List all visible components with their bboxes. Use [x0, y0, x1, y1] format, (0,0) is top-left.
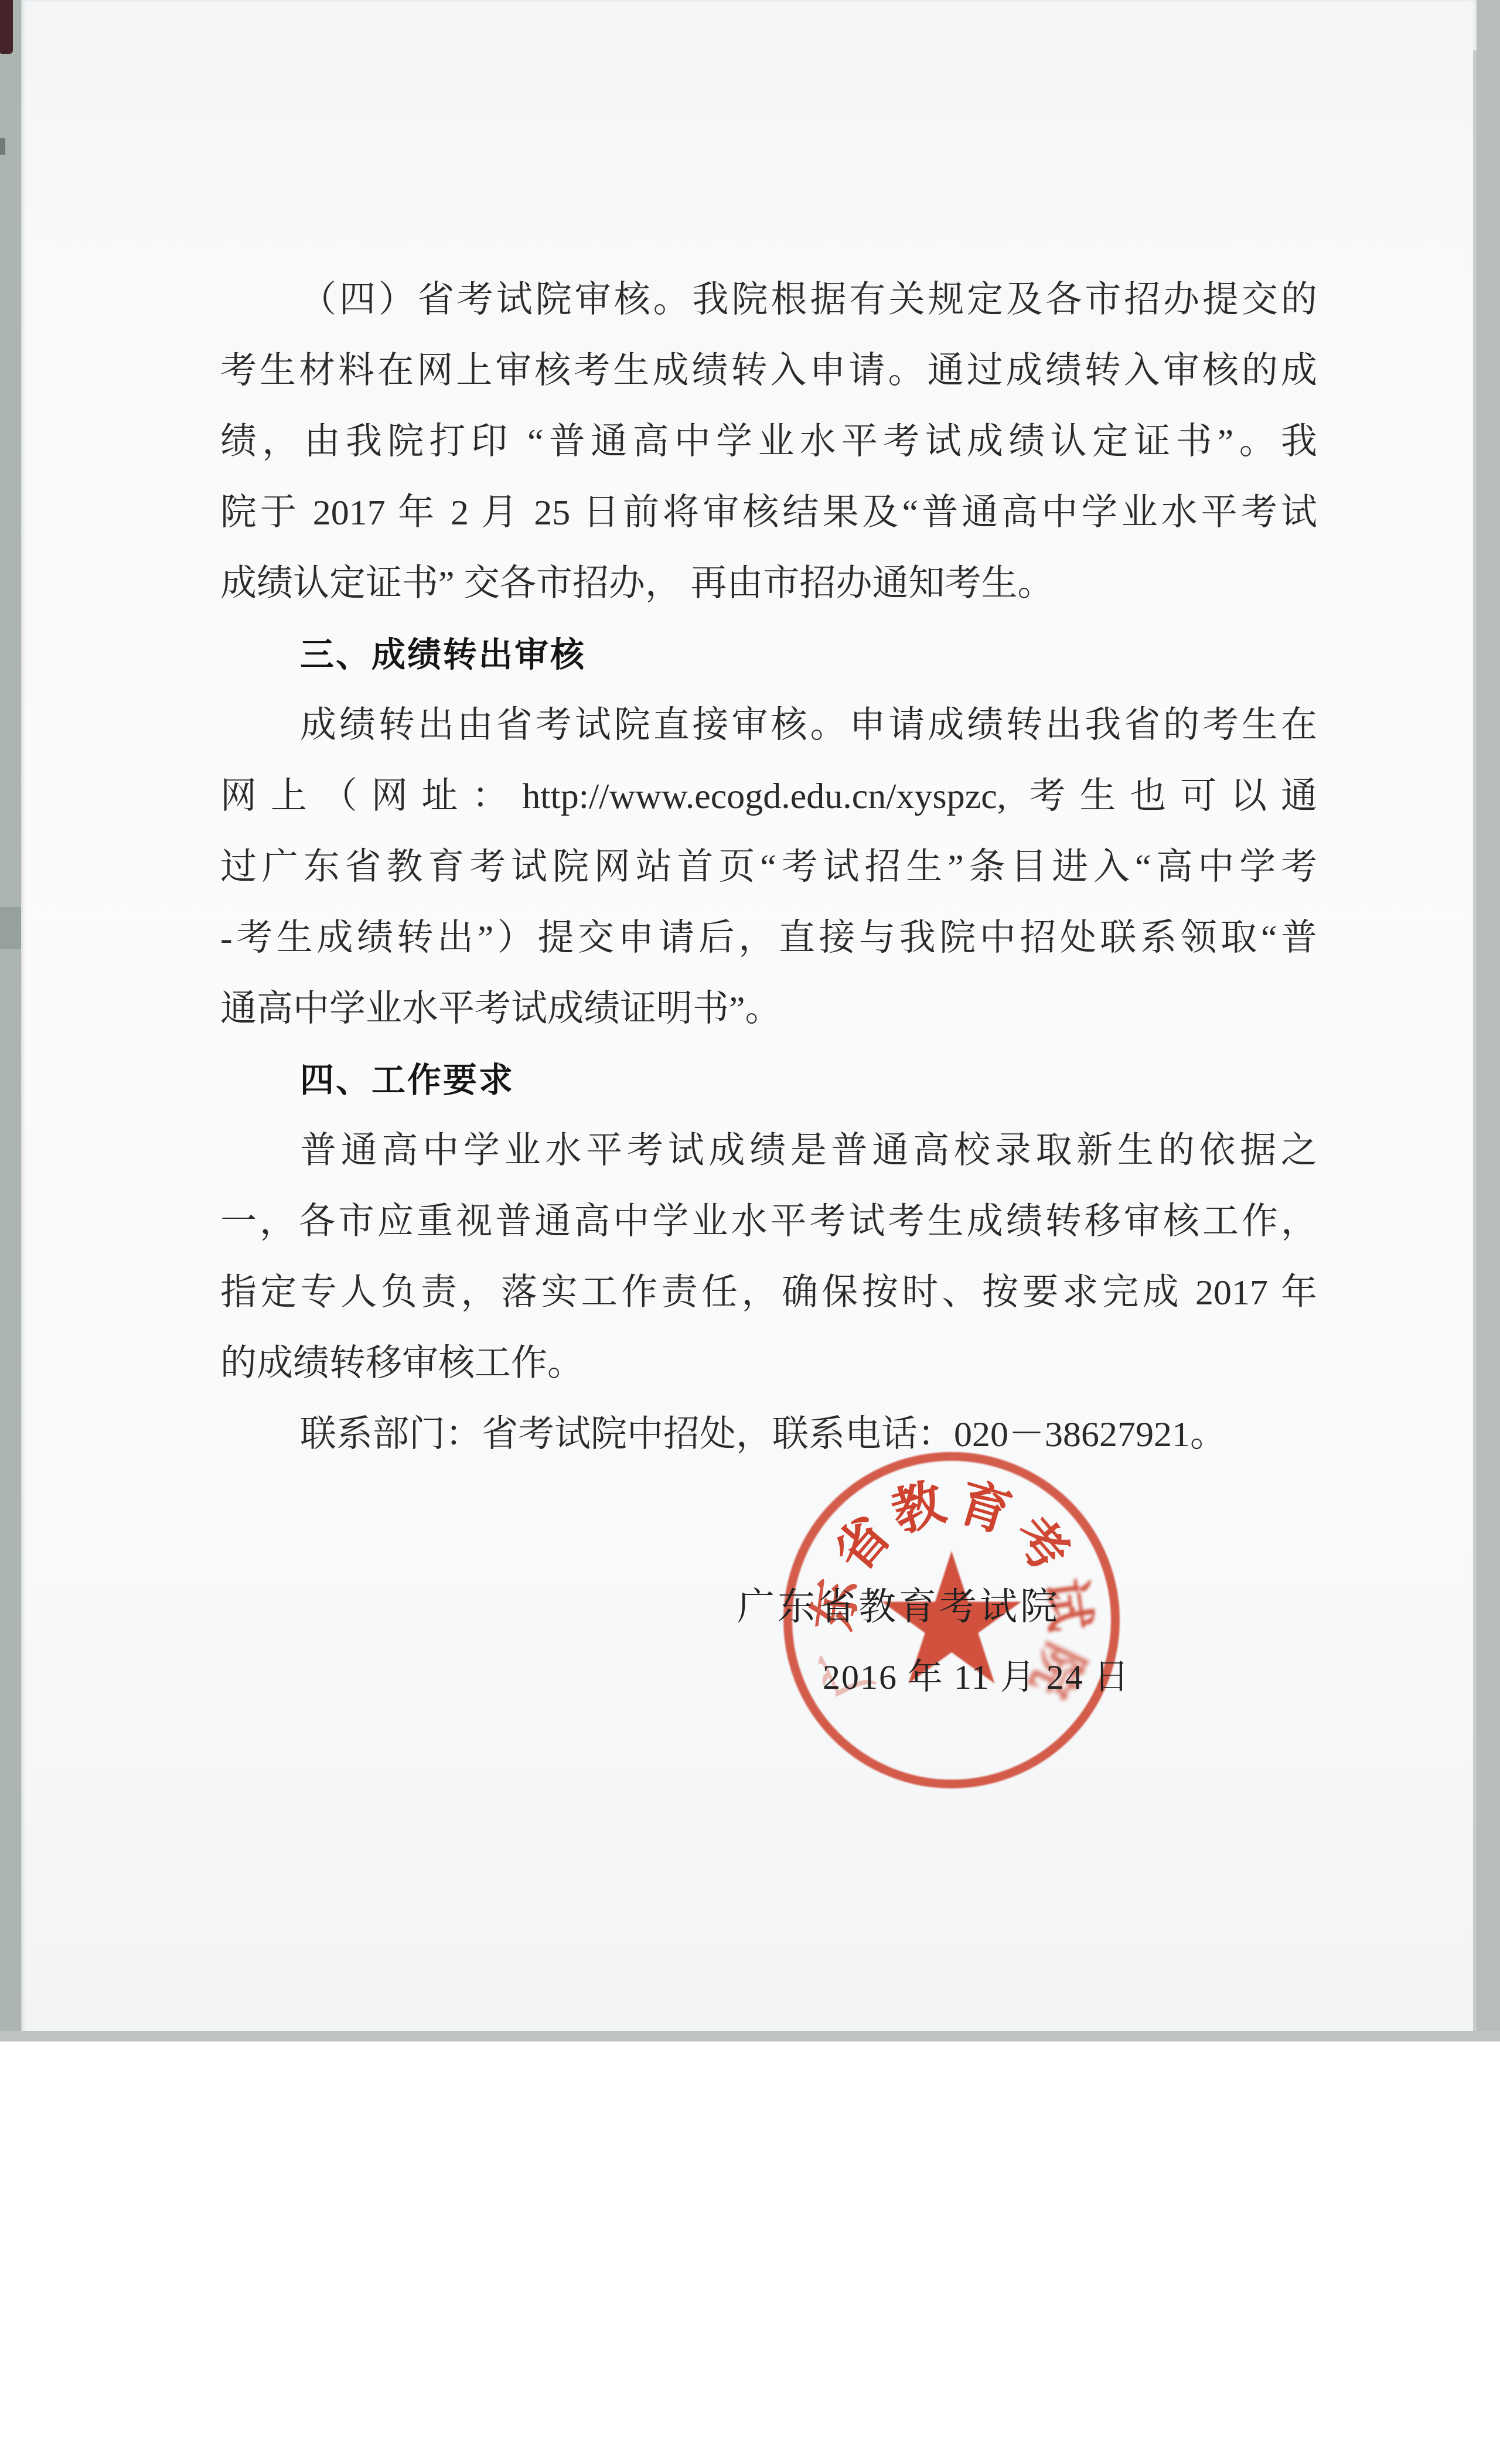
- scanner-edge-right: [1477, 0, 1500, 2042]
- text-line-2: 考生材料在网上审核考生成绩转入申请。通过成绩转入审核的成: [220, 336, 1317, 407]
- text-line-1: （四）省考试院审核。我院根据有关规定及各市招办提交的: [220, 265, 1317, 336]
- text-line-6: 三、成绩转出审核: [220, 619, 1317, 690]
- scanned-document: （四）省考试院审核。我院根据有关规定及各市招办提交的考生材料在网上审核考生成绩转…: [0, 0, 1500, 2464]
- signature-date: 2016 年 11 月 24 日: [823, 1657, 1130, 1697]
- text-line-14: 一，各市应重视普通高中学业水平考试考生成绩转移审核工作，: [220, 1187, 1317, 1257]
- page-bottom-edge: [0, 2031, 1500, 2042]
- text-line-7: 成绩转出由省考试院直接审核。申请成绩转出我省的考生在: [220, 690, 1317, 761]
- document-page: （四）省考试院审核。我院根据有关规定及各市招办提交的考生材料在网上审核考生成绩转…: [21, 0, 1477, 2033]
- text-line-5: 成绩认定证书” 交各市招办， 再由市招办通知考生。: [220, 548, 1317, 619]
- text-line-10: -考生成绩转出”）提交申请后，直接与我院中招处联系领取“普: [220, 903, 1317, 974]
- text-line-15: 指定专人负责，落实工作责任，确保按时、按要求完成 2017 年: [220, 1257, 1317, 1328]
- signature-organization: 广东省教育考试院: [737, 1586, 1061, 1628]
- text-line-4: 院于 2017 年 2 月 25 日前将审核结果及“普通高中学业水平考试: [220, 478, 1317, 548]
- text-line-11: 通高中学业水平考试成绩证明书”。: [220, 974, 1317, 1045]
- text-line-9: 过广东省教育考试院网站首页“考试招生”条目进入“高中学考: [220, 832, 1317, 903]
- scanner-edge-step: [1473, 50, 1477, 2042]
- text-line-12: 四、工作要求: [220, 1045, 1317, 1116]
- scanner-edge-left: [0, 0, 21, 2042]
- text-line-13: 普通高中学业水平考试成绩是普通高校录取新生的依据之: [220, 1116, 1317, 1187]
- text-line-17: 联系部门：省考试院中招处，联系电话：020－38627921。: [220, 1399, 1317, 1470]
- text-line-3: 绩，由我院打印 “普通高中学业水平考试成绩认定证书”。我: [220, 407, 1317, 478]
- scanner-edge-dark-patch: [0, 907, 21, 949]
- text-line-16: 的成绩转移审核工作。: [220, 1328, 1317, 1399]
- text-line-8: 网上（网址：http://www.ecogd.edu.cn/xyspzc, 考生…: [220, 761, 1317, 832]
- scanner-corner-mark: [0, 0, 13, 54]
- scanner-edge-notch: [0, 138, 5, 155]
